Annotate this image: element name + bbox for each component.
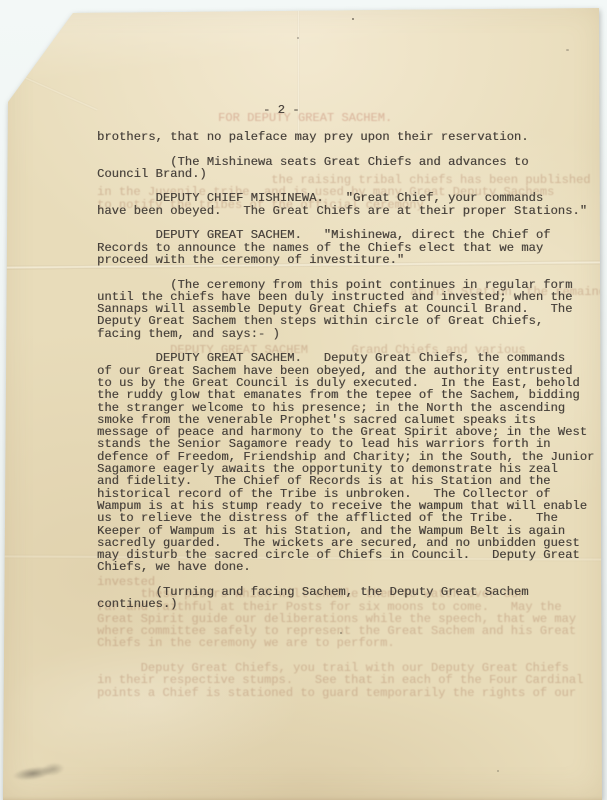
- paper: FOR DEPUTY GREAT SACHEM. the raising tri…: [0, 0, 607, 800]
- typed-paragraph: (The Mishinewa seats Great Chiefs and ad…: [97, 156, 605, 181]
- bleedthrough-text: FOR DEPUTY GREAT SACHEM.: [218, 112, 392, 124]
- typed-paragraph: (Turning and facing Sachem, the Deputy G…: [97, 586, 605, 611]
- typed-body: brothers, that no paleface may prey upon…: [97, 131, 605, 623]
- paper-speck: [352, 18, 354, 20]
- paper-speck: [497, 770, 499, 772]
- paper-speck: [340, 632, 342, 634]
- scan-background: FOR DEPUTY GREAT SACHEM. the raising tri…: [0, 0, 607, 800]
- ink-smudge: [9, 760, 71, 785]
- typed-paragraph: DEPUTY CHIEF MISHINEWA. "Great Chief, yo…: [97, 192, 605, 217]
- paper-speck: [566, 49, 569, 51]
- typed-paragraph: DEPUTY GREAT SACHEM. Deputy Great Chiefs…: [97, 352, 605, 573]
- page-number: - 2 -: [263, 104, 300, 116]
- typed-paragraph: brothers, that no paleface may prey upon…: [97, 131, 605, 143]
- fold-crease-corner: [0, 64, 98, 111]
- typed-paragraph: DEPUTY GREAT SACHEM. "Mishinewa, direct …: [97, 229, 605, 266]
- paper-shadow: FOR DEPUTY GREAT SACHEM. the raising tri…: [0, 0, 607, 800]
- typed-paragraph: (The ceremony from this point continues …: [97, 279, 605, 340]
- paper-speck: [297, 37, 299, 39]
